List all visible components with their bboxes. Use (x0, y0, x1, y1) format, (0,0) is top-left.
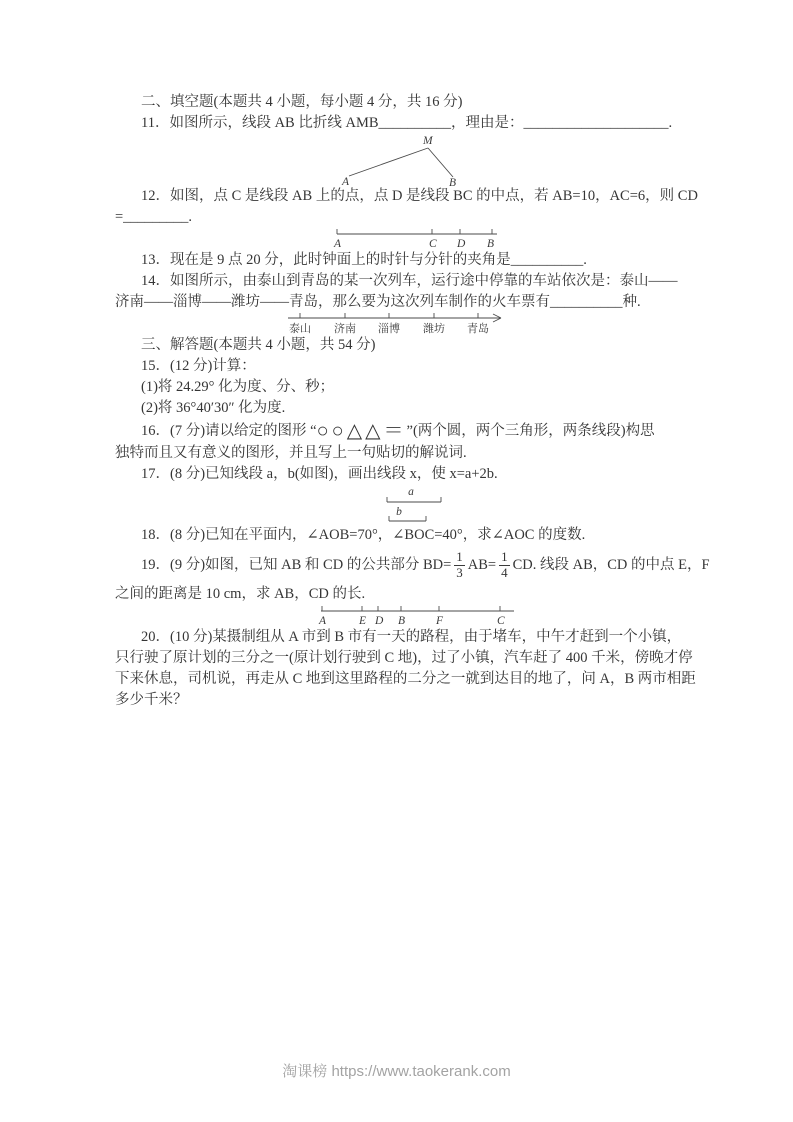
segment-MA (349, 148, 428, 176)
segment-label-b: b (396, 506, 402, 518)
point-label-D: D (374, 615, 384, 627)
question-16-after: ”(两个圆，两个三角形，两条线段)构思 (407, 423, 655, 439)
question-15-part2: (2)将 36°40′30″ 化为度. (115, 398, 681, 419)
question-15-title: 15．(12 分)计算： (115, 356, 681, 377)
question-14-line2: 济南——淄博——潍坊——青岛，那么要为这次列车制作的火车票有__________… (115, 292, 681, 313)
figure-17-segments-a-b: a b (381, 485, 453, 525)
figure-19-segments-ab-cd: A E D B F C (317, 605, 519, 627)
section-heading-solve: 三、解答题(本题共 4 小题，共 54 分) (115, 335, 681, 356)
figure-14-train-route: 泰山 济南 淄博 潍坊 青岛 (285, 313, 509, 335)
point-label-A: A (318, 615, 327, 627)
fraction-one-third: 13 (454, 550, 465, 581)
question-19-before: 19．(9 分)如图，已知 AB 和 CD 的公共部分 BD= (141, 555, 451, 576)
question-13-text: 13．现在是 9 点 20 分，此时钟面上的时针与分针的夹角是_________… (115, 250, 681, 271)
question-19-mid: AB= (468, 555, 496, 576)
figure-11-broken-line-amb: M A B (337, 134, 472, 186)
station-label-jinan: 济南 (334, 321, 356, 335)
point-label-D: D (456, 238, 466, 250)
figure-12-segment-acdb: A C D B (329, 228, 504, 250)
point-label-M: M (422, 135, 434, 147)
question-20-line2: 只行驶了原计划的三分之一(原计划行驶到 C 地)，过了小镇，汽车赶了 400 千… (115, 648, 681, 669)
station-label-weifang: 潍坊 (423, 322, 445, 335)
fraction-denominator: 4 (499, 565, 510, 581)
segment-label-a: a (408, 486, 414, 498)
section-heading-fill-in: 二、填空题(本题共 4 小题，每小题 4 分，共 16 分) (115, 92, 681, 113)
exam-content: 二、填空题(本题共 4 小题，每小题 4 分，共 16 分) 11．如图所示，线… (115, 92, 681, 711)
fraction-denominator: 3 (454, 565, 465, 581)
point-label-A: A (333, 238, 342, 250)
question-16-before: 16．(7 分)请以给定的图形 “ (141, 423, 317, 439)
question-15-part1: (1)将 24.29° 化为度、分、秒； (115, 377, 681, 398)
station-label-zibo: 淄博 (378, 321, 400, 335)
station-label-qingdao: 青岛 (467, 321, 489, 335)
arrow-upper (493, 314, 501, 318)
arrow-lower (493, 318, 501, 322)
question-20-line1: 20．(10 分)某摄制组从 A 市到 B 市有一天的路程，由于堵车，中午才赶到… (115, 627, 681, 648)
question-19-after: CD. 线段 AB，CD 的中点 E，F (513, 555, 710, 576)
question-17-text: 17．(8 分)已知线段 a，b(如图)，画出线段 x，使 x=a+2b. (115, 464, 681, 485)
given-shapes-glyphs: ○○△△＝ (317, 420, 407, 442)
question-12-line1: 12．如图，点 C 是线段 AB 上的点，点 D 是线段 BC 的中点，若 AB… (115, 186, 681, 207)
question-20-line3: 下来休息，司机说，再走从 C 地到这里路程的二分之一就到达目的地了，问 A，B … (115, 669, 681, 690)
fraction-numerator: 1 (499, 550, 510, 565)
segment-MB (428, 148, 453, 177)
question-16-line2: 独特而且又有意义的图形，并且写上一句贴切的解说词. (115, 443, 681, 464)
point-label-C: C (497, 615, 505, 627)
question-14-line1: 14．如图所示，由泰山到青岛的某一次列车，运行途中停靠的车站依次是：泰山—— (115, 271, 681, 292)
site-watermark: 淘课榜 https://www.taokerank.com (0, 1060, 793, 1081)
question-19-line1: 19．(9 分)如图，已知 AB 和 CD 的公共部分 BD=13AB=14CD… (115, 546, 681, 584)
fraction-numerator: 1 (454, 550, 465, 565)
exam-page: 二、填空题(本题共 4 小题，每小题 4 分，共 16 分) 11．如图所示，线… (0, 0, 793, 1122)
fraction-one-fourth: 14 (499, 550, 510, 581)
station-label-taishan: 泰山 (289, 322, 311, 335)
point-label-A: A (341, 176, 350, 186)
point-label-B: B (398, 615, 405, 627)
point-label-E: E (358, 615, 366, 627)
point-label-C: C (429, 238, 437, 250)
point-label-B: B (449, 177, 456, 186)
question-20-line4: 多少千米？ (115, 690, 681, 711)
question-12-line2: =_________. (115, 207, 681, 228)
question-18-text: 18．(8 分)已知在平面内，∠AOB=70°，∠BOC=40°，求∠AOC 的… (115, 525, 681, 546)
question-16-line1: 16．(7 分)请以给定的图形 “○○△△＝”(两个圆，两个三角形，两条线段)构… (115, 419, 681, 443)
question-11-text: 11．如图所示，线段 AB 比折线 AMB__________，理由是：____… (115, 113, 681, 134)
point-label-F: F (435, 615, 444, 627)
question-19-line2: 之间的距离是 10 cm，求 AB，CD 的长. (115, 584, 681, 605)
point-label-B: B (487, 238, 494, 250)
